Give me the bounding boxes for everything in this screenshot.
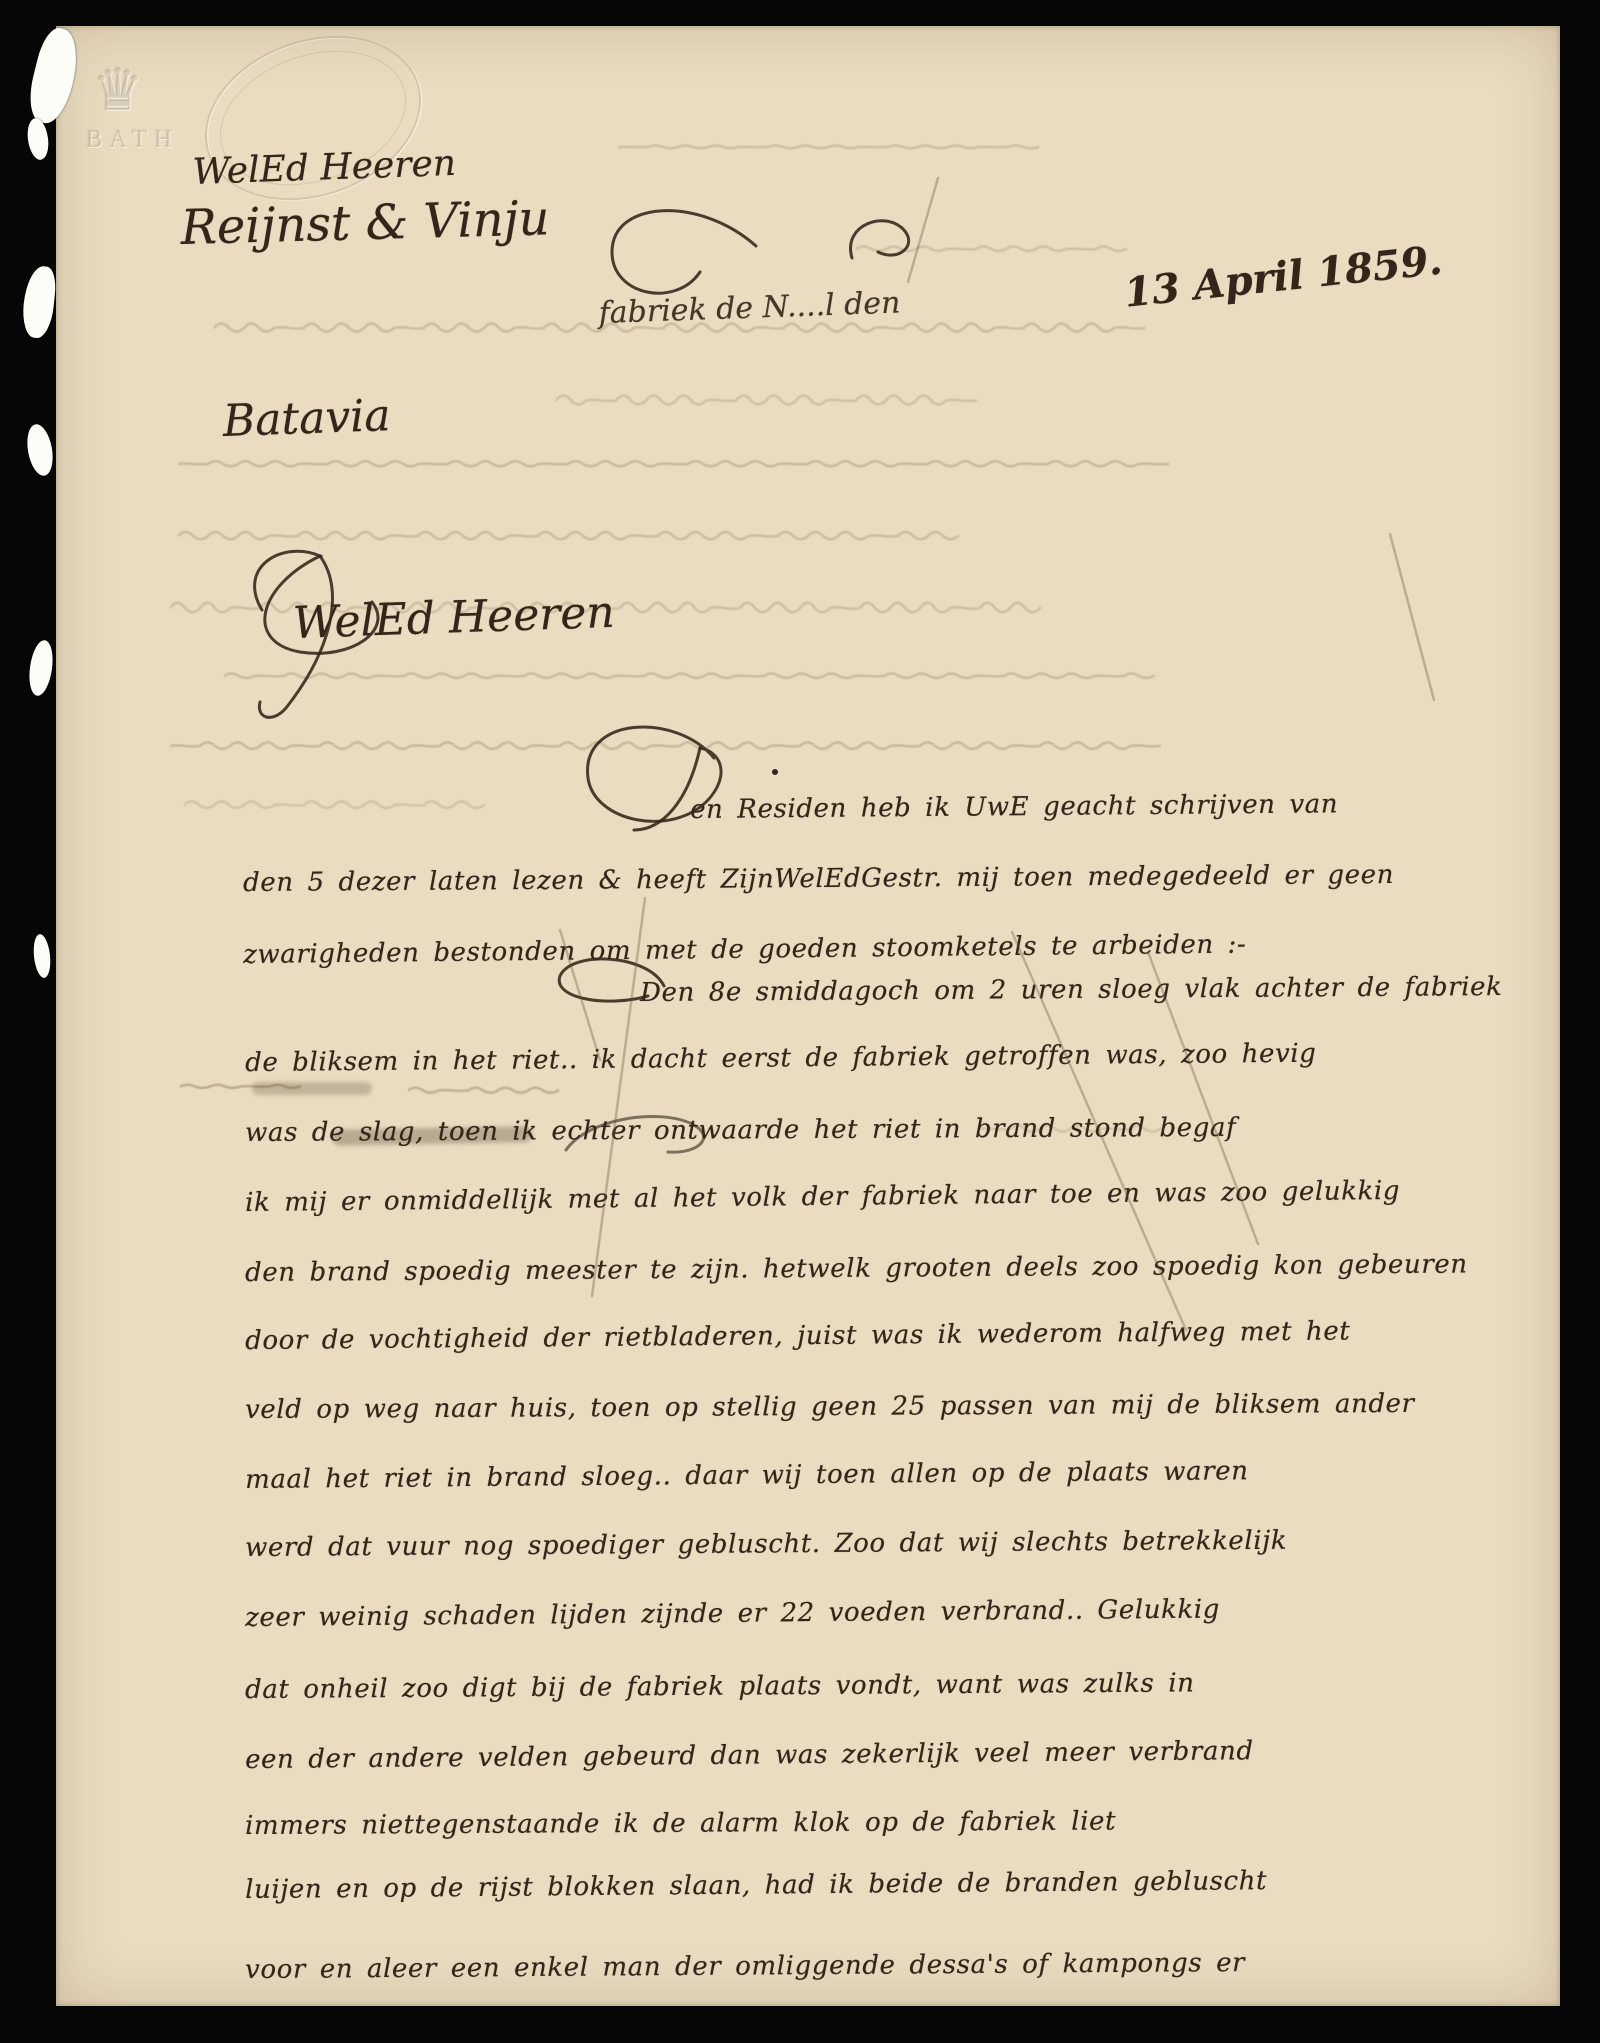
crown-emboss-icon: ♛ [92, 56, 144, 124]
ink-bleedthrough [618, 138, 1068, 156]
torn-edge-scrap [20, 265, 57, 340]
letter-line: immers niettegenstaande ik de alarm klok… [245, 1806, 1116, 1841]
ink-bleedthrough [178, 524, 968, 548]
torn-edge-scrap [32, 933, 53, 978]
recipient-name: Reijnst & Vinju [180, 190, 550, 256]
ink-bleedthrough [184, 796, 514, 814]
letter-line: was de slag, toen ik echter ontwaarde he… [245, 1113, 1236, 1148]
torn-edge-scrap [25, 117, 51, 161]
scanned-letter-page: { "scan": { "background_color": "#060606… [0, 0, 1600, 2043]
recipient-city: Batavia [222, 390, 391, 447]
ink-bleedthrough [170, 734, 1170, 758]
ink-smudge [252, 1082, 372, 1095]
torn-edge-scrap [26, 639, 56, 698]
letter-line: veld op weg naar huis, toen op stellig g… [245, 1389, 1415, 1425]
torn-edge-scrap [24, 422, 57, 477]
ink-bleedthrough [556, 390, 1006, 411]
ink-bleedthrough [224, 664, 1164, 688]
struck-words [408, 1080, 568, 1101]
letter-line: en Residen heb ik UwE geacht schrijven v… [690, 789, 1338, 825]
bath-paper-emboss: BATH [86, 126, 179, 154]
letter-line: Den 8e smiddagoch om 2 uren sloeg vlak a… [640, 972, 1503, 1008]
ink-bleedthrough [856, 240, 1156, 258]
ink-bleedthrough [178, 452, 1178, 476]
